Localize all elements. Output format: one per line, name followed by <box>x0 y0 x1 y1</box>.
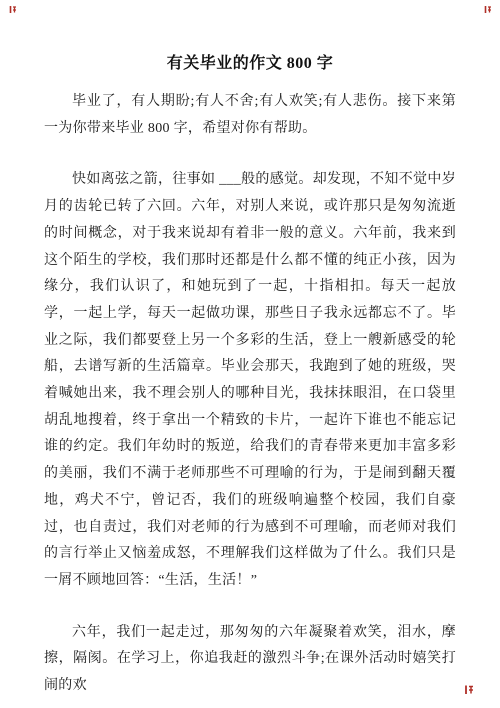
document-page: 有关毕业的作文 800 字 毕业了，有人期盼;有人不舍;有人欢笑;有人悲伤。接下… <box>0 0 500 708</box>
red-watermark-icon <box>464 684 474 695</box>
document-title: 有关毕业的作文 800 字 <box>44 50 456 73</box>
red-watermark-icon <box>9 5 17 14</box>
intro-paragraph: 毕业了，有人期盼;有人不舍;有人欢笑;有人悲伤。接下来第一为你带来毕业 800 … <box>44 89 456 142</box>
body-paragraph: 快如离弦之箭，往事如 ___般的感觉。却发现，不知不觉中岁月的齿轮已转了六回。六… <box>44 167 456 594</box>
document-content: 有关毕业的作文 800 字 毕业了，有人期盼;有人不舍;有人欢笑;有人悲伤。接下… <box>0 0 500 700</box>
closing-paragraph: 六年，我们一起走过，那匆匆的六年凝聚着欢笑，泪水，摩擦，隔阂。在学习上，你追我赶… <box>44 620 456 700</box>
red-watermark-icon <box>484 5 492 14</box>
